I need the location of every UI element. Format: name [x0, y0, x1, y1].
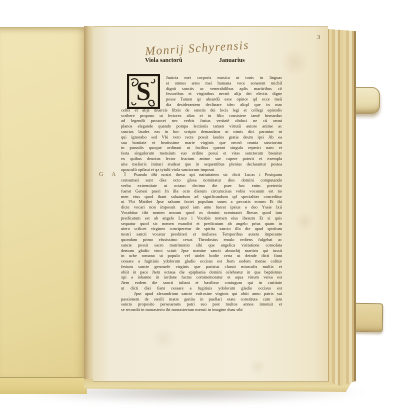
text-line: fuerat Genesi pueri Jn illa octo dierum … — [121, 188, 282, 193]
fore-edge — [328, 29, 356, 386]
left-cover-bottom-edge — [0, 377, 87, 394]
book-page: 3 Monrij Schyrensis Viola sanctorũ Janua… — [93, 26, 328, 382]
text-lines: Juuicta mei corporis musica ut tonis in … — [121, 75, 282, 313]
running-title-left: Viola sanctorũ — [145, 58, 182, 64]
text-line: qui ignorabo sed Vbi vero recte possit l… — [121, 134, 282, 139]
text-line: se recondit in monasterio ibi monasteriu… — [121, 307, 282, 312]
running-title-right: Januarius — [219, 58, 245, 64]
text-line: uite melioris imitari studeat que in seq… — [121, 161, 282, 166]
text-line: sancte possit sacro matrimonio sibi que … — [121, 242, 282, 247]
text-line: cellis et alijs diuersis libris de sanct… — [121, 107, 282, 112]
left-cover-pastedown — [0, 27, 85, 378]
folio-number: 3 — [317, 34, 320, 41]
text-line: predicatum est ab angelo Luce i Vocabis … — [121, 215, 282, 220]
running-title: Viola sanctorũ Januarius — [93, 58, 328, 66]
handwritten-inscription: Monrij Schyrensis — [145, 34, 316, 59]
text-block: Juuicta mei corporis musica ut tonis in … — [121, 75, 282, 315]
text-line: et omnes artes mei humana voce sonarent … — [166, 80, 282, 85]
book-photograph: 3 Monrij Schyrensis Viola sanctorũ Janua… — [0, 0, 400, 415]
